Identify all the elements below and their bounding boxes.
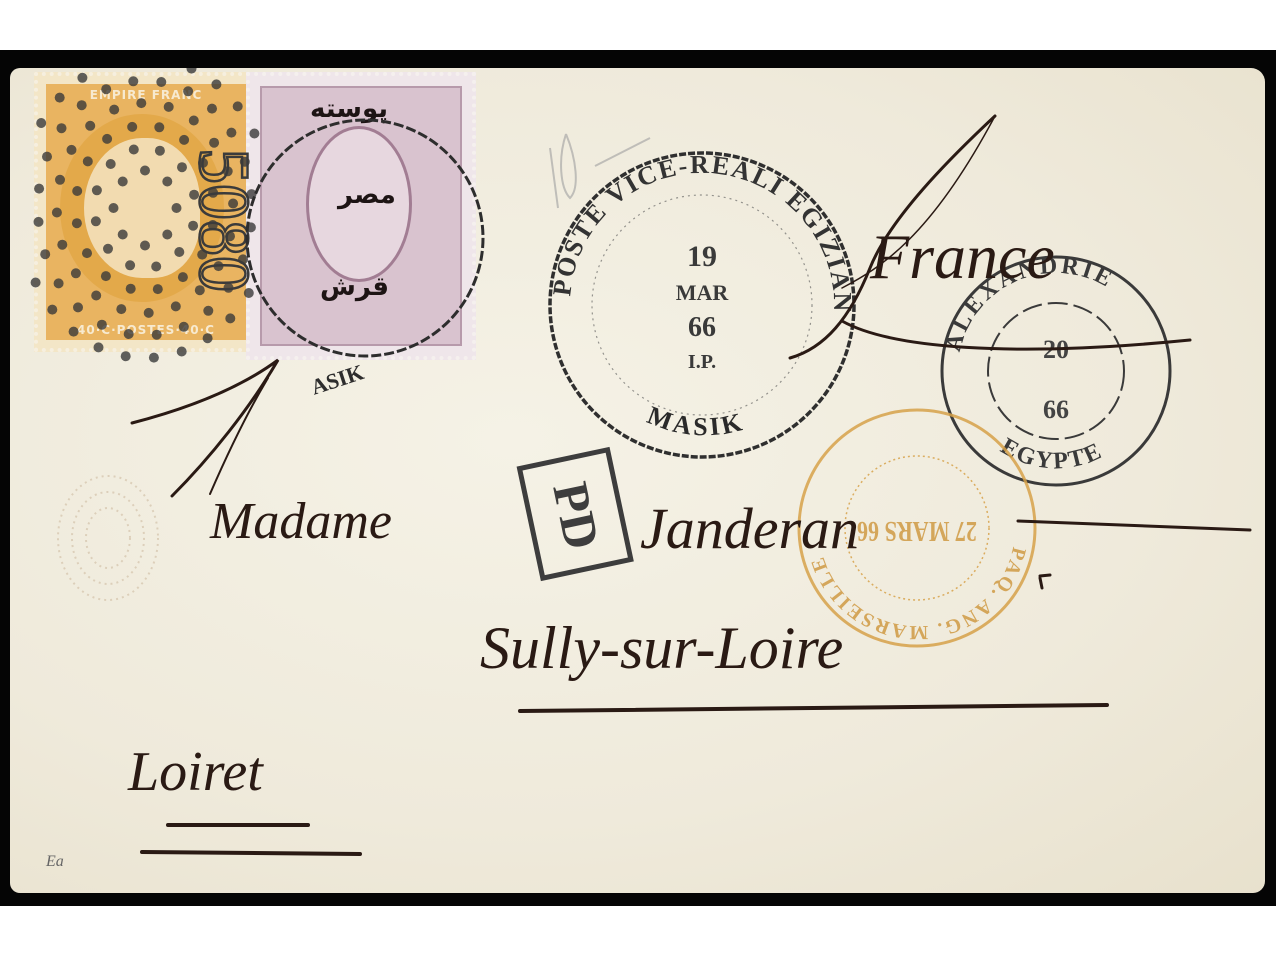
egiziane-year: 66: [688, 312, 716, 343]
boxed-pd-handstamp: PD: [520, 450, 631, 578]
manuscript-ink: [132, 116, 1250, 854]
handwritten-addressee-title: Madame: [209, 493, 392, 550]
handwritten-town: Sully-sur-Loire: [480, 615, 843, 681]
handwritten-addressee-name: Janderan: [640, 496, 859, 561]
egiziane-bottom-text: MASIK: [643, 400, 747, 441]
fingerprint-smudge: [58, 476, 158, 600]
egiziane-month: MAR: [676, 280, 730, 305]
alexandrie-year: 66: [1043, 395, 1069, 424]
masik-cancel-text: ASIK: [308, 359, 367, 399]
envelope-cover: EMPIRE FRANC 40·C·POSTES·40·C پوسته مصر …: [10, 68, 1265, 893]
pd-text: PD: [542, 477, 611, 554]
numeral-5080: 5080: [184, 148, 264, 292]
handwritten-country: France: [869, 221, 1055, 292]
svg-text:MASIK: MASIK: [643, 400, 747, 441]
cover-markings: 5080 ASIK POSTE VICE-REALI EGIZIANE MASI…: [10, 68, 1265, 893]
masik-cancel-ring: [247, 120, 483, 356]
pencil-initials: Ea: [45, 853, 64, 870]
marseille-date: 27 MARS 66: [857, 515, 977, 546]
egiziane-day: 19: [687, 240, 717, 273]
handwritten-department: Loiret: [127, 741, 264, 803]
egiziane-extra: I.P.: [688, 351, 716, 373]
